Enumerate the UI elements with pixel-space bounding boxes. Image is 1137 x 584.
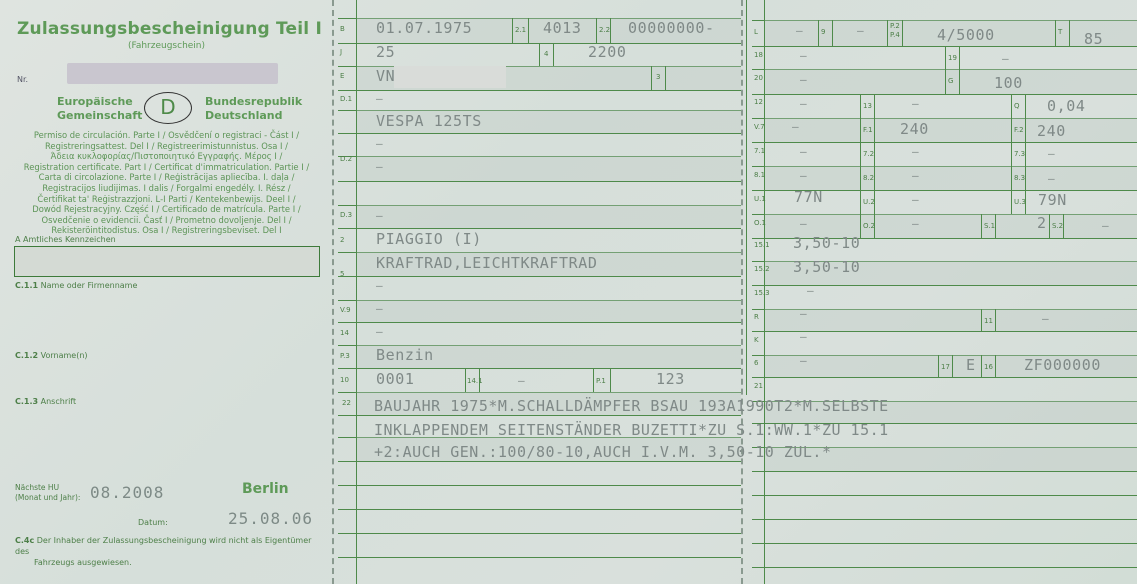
row-line <box>338 181 741 182</box>
label-17: 17 <box>941 363 950 371</box>
remarks-line-2: INKLAPPENDEM SEITENSTÄNDER BUZETTI*ZU S.… <box>374 421 889 439</box>
name-text: Name oder Firmenname <box>41 281 138 290</box>
firstname-code: C.1.2 <box>15 351 38 360</box>
label-P1: P.1 <box>596 377 606 385</box>
cell-divider <box>1011 142 1012 166</box>
label-9: 9 <box>821 28 825 36</box>
label-V9: V.9 <box>340 306 351 314</box>
field-2-1-value: 4013 <box>543 19 582 37</box>
vin-redacted <box>394 66 506 88</box>
field-shade <box>357 300 741 322</box>
cell-divider <box>665 66 666 90</box>
translation-line: Permiso de circulación. Parte I / Osvědč… <box>0 130 333 141</box>
date-label: Datum: <box>138 518 168 527</box>
address-text: Anschrift <box>41 397 77 406</box>
label-5: 5 <box>340 270 344 278</box>
label-14-1: 14.1 <box>467 377 483 385</box>
country-label: Bundesrepublik Deutschland <box>205 95 302 123</box>
row-line <box>752 94 1137 95</box>
cell-divider <box>1011 166 1012 190</box>
cell-divider <box>995 214 996 238</box>
field-7-1-value: – <box>800 145 807 158</box>
label-13: 13 <box>863 102 872 110</box>
cell-divider <box>874 118 875 142</box>
field-8-2-value: – <box>912 169 919 182</box>
cell-divider <box>539 43 540 66</box>
cell-divider <box>887 20 888 46</box>
technical-data-panel: L182012V.77.18.1U.1O.115.115.215.3RK6219… <box>752 0 1137 584</box>
row-line <box>752 567 1137 568</box>
label-L: L <box>754 28 758 36</box>
field-16-value: ZF000000 <box>1024 356 1101 374</box>
label-8-1: 8.1 <box>754 171 765 179</box>
field-15-2-value: 3,50-10 <box>793 258 860 276</box>
center-rule <box>746 0 747 395</box>
field-shade <box>357 205 741 228</box>
cell-divider <box>874 166 875 190</box>
field-20-value: – <box>800 73 807 86</box>
cell-divider <box>902 20 903 46</box>
label-22: 22 <box>341 399 352 408</box>
label-10: 10 <box>340 376 349 384</box>
label-P2: P.2 <box>890 22 900 30</box>
row-line <box>752 471 1137 472</box>
row-line <box>752 331 1137 332</box>
field-13-value: – <box>912 97 919 110</box>
label-T: T <box>1058 28 1062 36</box>
cell-divider <box>596 18 597 43</box>
label-11: 11 <box>984 317 993 325</box>
plate-number-field <box>14 246 320 277</box>
cell-divider <box>1025 118 1026 142</box>
center-fold <box>741 0 743 584</box>
label-19: 19 <box>948 54 957 62</box>
field-S2-value: – <box>1102 219 1109 232</box>
field-8-1-value: – <box>800 169 807 182</box>
translation-line: Registracijos liudijimas. I dalis / Forg… <box>0 183 333 194</box>
cell-divider <box>512 18 513 43</box>
field-R-value: – <box>800 307 807 320</box>
label-2-2: 2.2 <box>599 26 610 34</box>
field-14-value: – <box>376 325 383 338</box>
label-V7: V.7 <box>754 123 765 131</box>
field-15-1-value: 3,50-10 <box>793 234 860 252</box>
cell-divider <box>610 368 611 392</box>
label-3: 3 <box>656 73 660 81</box>
row-line <box>338 90 741 91</box>
cell-divider <box>981 355 982 377</box>
label-18: 18 <box>754 51 763 59</box>
field-B-value: 01.07.1975 <box>376 19 472 37</box>
cell-divider <box>959 69 960 94</box>
notice-code: C.4c <box>15 536 34 545</box>
field-12-value: – <box>800 97 807 110</box>
label-21: 21 <box>754 382 763 390</box>
firstname-label: C.1.2 Vorname(n) <box>15 351 88 360</box>
cell-divider <box>610 18 611 43</box>
row-line <box>338 461 741 462</box>
label-15-1: 15.1 <box>754 241 770 249</box>
document-subtitle: (Fahrzeugschein) <box>0 41 333 51</box>
label-6: 6 <box>754 359 758 367</box>
label-P3: P.3 <box>340 352 350 360</box>
field-shade <box>765 309 1137 331</box>
next-inspection-label: Nächste HU (Monat und Jahr): <box>15 483 80 503</box>
cell-divider <box>981 309 982 331</box>
cell-divider <box>874 214 875 238</box>
issue-date: 25.08.06 <box>228 509 313 528</box>
field-14-1-value: – <box>518 374 525 387</box>
field-D2-value-2: – <box>376 137 383 150</box>
cell-divider <box>952 355 953 377</box>
cell-divider <box>995 355 996 377</box>
next-inspection-value: 08.2008 <box>90 483 164 502</box>
label-G: G <box>948 77 953 85</box>
field-11-value: – <box>1042 312 1049 325</box>
label-R: R <box>754 313 759 321</box>
label-15-2: 15.2 <box>754 265 770 273</box>
label-8-2: 8.2 <box>863 174 874 182</box>
firstname-text: Vorname(n) <box>41 351 88 360</box>
next-inspection-label-2: (Monat und Jahr): <box>15 493 80 503</box>
field-D3-value: – <box>376 209 383 222</box>
document-title: Zulassungsbescheinigung Teil I <box>17 19 322 39</box>
field-shade <box>357 156 741 181</box>
name-label: C.1.1 Name oder Firmenname <box>15 281 137 290</box>
ownership-notice: C.4c Der Inhaber der Zulassungsbescheini… <box>15 535 315 568</box>
label-S2: S.2 <box>1052 222 1063 230</box>
next-inspection-label-1: Nächste HU <box>15 483 80 493</box>
translation-line: Registreringsattest. Del I / Registreeri… <box>0 141 333 152</box>
issuing-city: Berlin <box>242 481 289 497</box>
label-E: E <box>340 72 344 80</box>
row-line <box>338 368 741 369</box>
field-P2P4-value: 4/5000 <box>937 26 995 44</box>
label-S1: S.1 <box>984 222 995 230</box>
row-line <box>752 142 1137 143</box>
cell-divider <box>860 118 861 142</box>
row-line <box>338 533 741 534</box>
label-B: B <box>340 25 345 33</box>
row-line <box>338 322 741 323</box>
field-15-3-value: – <box>807 284 814 297</box>
field-shade <box>765 166 1137 190</box>
label-8-3: 8.3 <box>1014 174 1025 182</box>
cell-divider <box>938 355 939 377</box>
label-U1: U.1 <box>754 195 766 203</box>
field-D1-value: – <box>376 92 383 105</box>
cell-divider <box>860 190 861 214</box>
label-16: 16 <box>984 363 993 371</box>
notice-line2: Fahrzeugs ausgewiesen. <box>15 558 132 567</box>
row-line <box>338 276 741 277</box>
row-line <box>338 228 741 229</box>
cover-panel: Zulassungsbescheinigung Teil I (Fahrzeug… <box>0 0 333 584</box>
field-9-value: – <box>857 24 864 37</box>
plate-label: A Amtliches Kennzeichen <box>15 235 116 244</box>
field-P3-value: Benzin <box>376 346 434 364</box>
field-V9-value: – <box>376 302 383 315</box>
translation-line: Čertifikat ta' Reġistrazzjoni. L-I Parti… <box>0 194 333 205</box>
cell-divider <box>860 94 861 118</box>
cell-divider <box>651 66 652 90</box>
label-D3: D.3 <box>340 211 352 219</box>
field-S1-value: 2 <box>1037 214 1047 232</box>
field-F1-value: 240 <box>900 120 929 138</box>
number-label: Nr. <box>17 75 28 84</box>
cell-divider <box>959 46 960 69</box>
field-T-value: 85 <box>1084 30 1103 48</box>
field-6-value: – <box>800 354 807 367</box>
row-line <box>338 557 741 558</box>
cell-divider <box>981 214 982 238</box>
cell-divider <box>1025 142 1026 166</box>
cell-divider <box>465 368 466 392</box>
label-P4: P.4 <box>890 31 900 39</box>
cell-divider <box>860 166 861 190</box>
field-5-value-2: – <box>376 279 383 292</box>
cell-divider <box>945 46 946 69</box>
row-line <box>338 509 741 510</box>
cell-divider <box>1049 214 1050 238</box>
translation-line: Άδεια κυκλοφορίας/Πιστοποιητικό Εγγραφής… <box>0 151 333 162</box>
cell-divider <box>1011 118 1012 142</box>
field-shade <box>765 118 1137 142</box>
translation-line: Carta di circolazione. Parte I / Reģistr… <box>0 172 333 183</box>
field-5-value-1: KRAFTRAD,LEICHTKRAFTRAD <box>376 254 598 272</box>
translation-line: Registration certificate. Part I / Certi… <box>0 162 333 173</box>
label-7-2: 7.2 <box>863 150 874 158</box>
field-4-value: 2200 <box>588 43 627 61</box>
field-2-value: PIAGGIO (I) <box>376 230 482 248</box>
label-20: 20 <box>754 74 763 82</box>
field-D2-value-1: VESPA 125TS <box>376 112 482 130</box>
country-line2: Deutschland <box>205 109 302 123</box>
notice-line1: Der Inhaber der Zulassungsbescheinigung … <box>15 536 311 556</box>
field-O1-value: – <box>800 217 807 230</box>
label-15-3: 15.3 <box>754 289 770 297</box>
field-G-value: 100 <box>994 74 1023 92</box>
eu-line2: Gemeinschaft <box>57 109 142 123</box>
field-V7-value: – <box>792 120 799 133</box>
field-L-value: – <box>796 24 803 37</box>
cell-divider <box>553 43 554 66</box>
field-P1-value: 123 <box>656 370 685 388</box>
label-K: K <box>754 336 759 344</box>
cell-divider <box>874 142 875 166</box>
cell-divider <box>995 309 996 331</box>
row-line <box>752 377 1137 378</box>
label-D2: D.2 <box>340 155 352 163</box>
row-line <box>752 495 1137 496</box>
field-U2-value: – <box>912 193 919 206</box>
cell-divider <box>818 20 819 46</box>
label-J: J <box>340 48 342 56</box>
label-14: 14 <box>340 329 349 337</box>
field-F2-value: 240 <box>1037 122 1066 140</box>
field-18-value: – <box>800 49 807 62</box>
field-D2-value-3: – <box>376 160 383 173</box>
address-code: C.1.3 <box>15 397 38 406</box>
field-8-3-value: – <box>1048 172 1055 185</box>
country-line1: Bundesrepublik <box>205 95 302 109</box>
row-line <box>338 133 741 134</box>
cell-divider <box>1025 190 1026 214</box>
field-2-2-value: 00000000- <box>628 19 715 37</box>
country-code-oval: D <box>144 92 192 124</box>
row-line <box>338 415 741 416</box>
translations: Permiso de circulación. Parte I / Osvědč… <box>0 130 333 236</box>
row-line <box>752 543 1137 544</box>
remarks-line-1: BAUJAHR 1975*M.SCHALLDÄMPFER BSAU 193A19… <box>374 397 889 415</box>
label-12: 12 <box>754 98 763 106</box>
eu-line1: Europäische <box>57 95 142 109</box>
row-line <box>752 519 1137 520</box>
registration-certificate: Zulassungsbescheinigung Teil I (Fahrzeug… <box>0 0 1137 584</box>
label-Q: Q <box>1014 102 1020 110</box>
field-19-value: – <box>1002 52 1009 65</box>
name-code: C.1.1 <box>15 281 38 290</box>
field-U1-value: 77N <box>794 188 823 206</box>
label-2-1: 2.1 <box>515 26 526 34</box>
translation-line: Dowód Rejestracyjny. Część I / Certifica… <box>0 204 333 215</box>
vehicle-data-panel: BJED.1D.2D.325V.914P.3102.12.24314.1P.10… <box>338 0 741 584</box>
field-U3-value: 79N <box>1038 191 1067 209</box>
field-Q-value: 0,04 <box>1047 97 1086 115</box>
cell-divider <box>1069 20 1070 46</box>
label-2: 2 <box>340 236 344 244</box>
row-line <box>338 485 741 486</box>
eu-label: Europäische Gemeinschaft <box>57 95 142 123</box>
field-O2-value: – <box>912 217 919 230</box>
remarks-line-3: +2:AUCH GEN.:100/80-10,AUCH I.V.M. 3,50-… <box>374 443 831 461</box>
cell-divider <box>528 18 529 43</box>
label-F1: F.1 <box>863 126 873 134</box>
cell-divider <box>1011 190 1012 214</box>
address-label: C.1.3 Anschrift <box>15 397 76 406</box>
field-7-2-value: – <box>912 145 919 158</box>
cell-divider <box>1025 94 1026 118</box>
label-4: 4 <box>544 50 548 58</box>
cell-divider <box>832 20 833 46</box>
cell-divider <box>874 190 875 214</box>
field-K-value: – <box>800 330 807 343</box>
cell-divider <box>1055 20 1056 46</box>
field-10-value: 0001 <box>376 370 415 388</box>
label-F2: F.2 <box>1014 126 1024 134</box>
number-redacted <box>67 63 278 84</box>
field-7-3-value: – <box>1048 147 1055 160</box>
label-7-1: 7.1 <box>754 147 765 155</box>
field-17-value: E <box>966 356 976 374</box>
fold-line <box>332 0 334 584</box>
cell-divider <box>1011 94 1012 118</box>
cell-divider <box>479 368 480 392</box>
cell-divider <box>1025 166 1026 190</box>
cell-divider <box>1063 214 1064 238</box>
label-O1: O.1 <box>754 219 766 227</box>
translation-line: Osvedčenie o evidencii. Časť I / Prometn… <box>0 215 333 226</box>
cell-divider <box>874 94 875 118</box>
label-7-3: 7.3 <box>1014 150 1025 158</box>
label-D1: D.1 <box>340 95 352 103</box>
cell-divider <box>945 69 946 94</box>
cell-divider <box>860 142 861 166</box>
cell-divider <box>593 368 594 392</box>
field-J-value: 25 <box>376 43 395 61</box>
